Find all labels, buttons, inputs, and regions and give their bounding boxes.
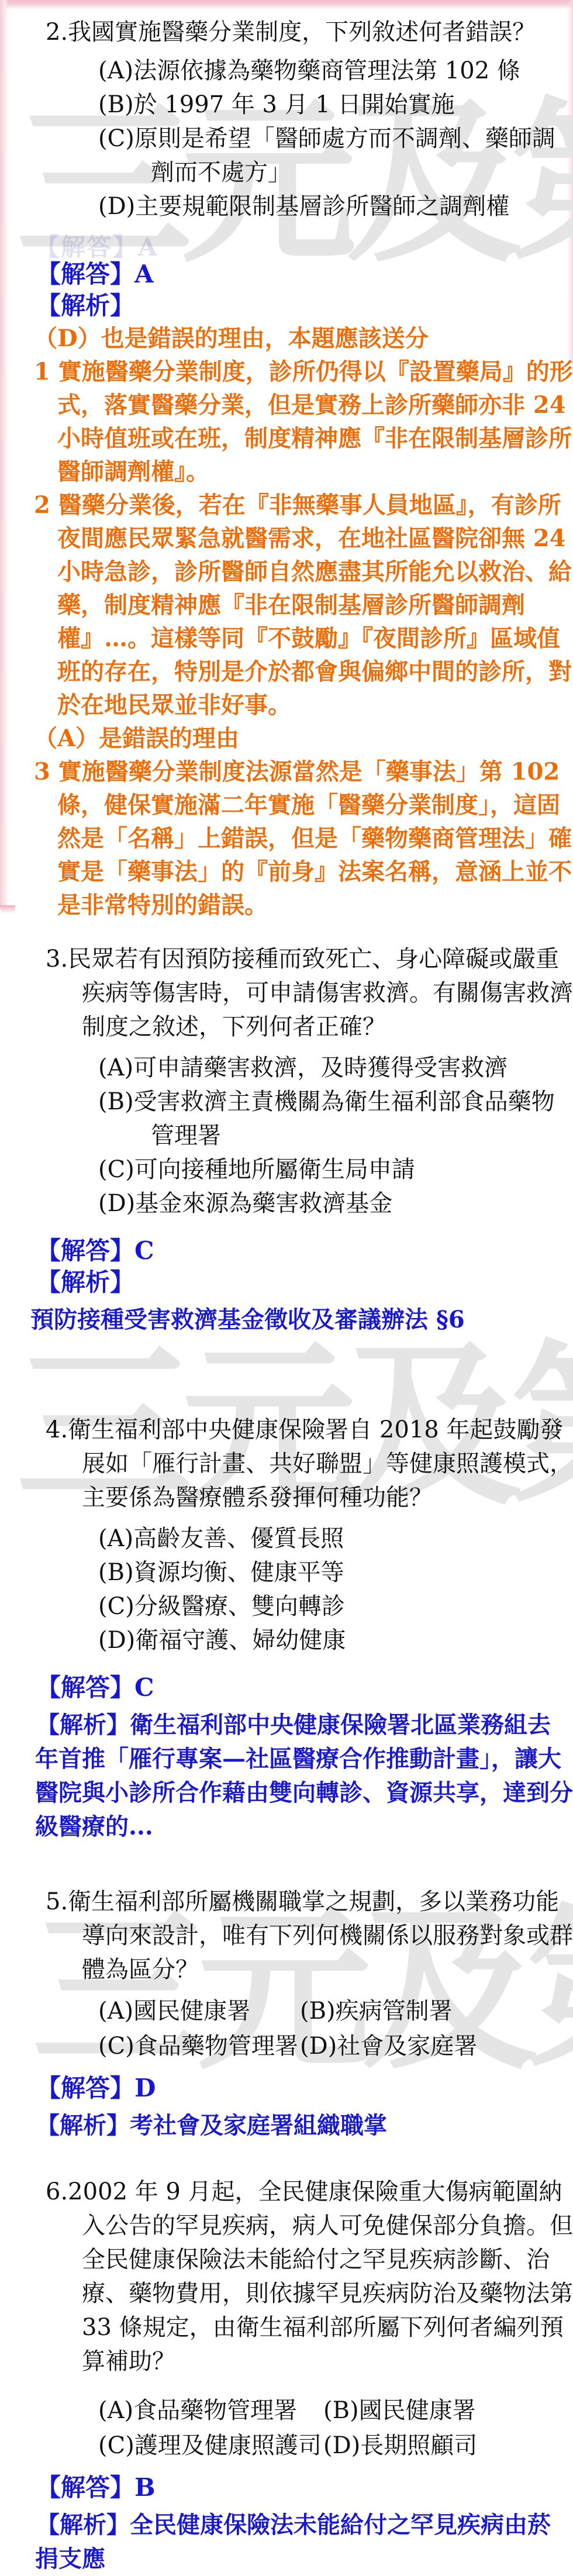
option-d: (D)長期照顧司 (323, 2428, 573, 2463)
option-d: (D)基金來源為藥害救濟基金 (0, 1187, 573, 1220)
option-b: (B)於 1997 年 3 月 1 日開始實施 (0, 88, 573, 122)
analysis-text: 【解析】全民健康保險法未能給付之罕見疾病由菸捐支應 (0, 2508, 573, 2576)
option-a: (A)可申請藥害救濟，及時獲得受害救濟 (0, 1051, 573, 1085)
answer-line: 【解答】D (0, 2072, 573, 2104)
answer-label: 【解答】 (36, 1236, 134, 1265)
option-c: (C)分級醫療、雙向轉診 (0, 1589, 573, 1623)
question-block-2: 2.我國實施醫藥分業制度，下列敘述何者錯誤？ (A)法源依據為藥物藥商管理法第 … (0, 15, 573, 922)
analysis-label: 【解析】 (36, 2112, 130, 2139)
answer-label: 【解答】 (36, 2074, 134, 2102)
option-d: (D)主要規範限制基層診所醫師之調劑權 (0, 189, 573, 223)
analysis-paragraph: 1 實施醫藥分業制度，診所仍得以『設置藥局』的形式，落實醫藥分業，但是實務上診所… (0, 355, 573, 488)
analysis-paragraph: （A）是錯誤的理由 (0, 722, 573, 755)
answer-line: 【解答】C (0, 1235, 573, 1267)
options-grid: (A)食品藥物管理署 (B)國民健康署 (C)護理及健康照護司 (D)長期照顧司 (98, 2393, 573, 2463)
analysis-paragraph: 2 醫藥分業後，若在『非無藥事人員地區』，有診所夜間應民眾緊急就醫需求，在地社區… (0, 488, 573, 722)
analysis-label: 【解析】 (36, 1268, 134, 1296)
question-stem: 3.民眾若有因預防接種而致死亡、身心障礙或嚴重疾病等傷害時，可申請傷害救濟。有關… (0, 942, 573, 1044)
question-block-4: 4.衛生福利部中央健康保險署自 2018 年起鼓勵發展如「雁行計畫、共好聯盟」等… (0, 1413, 573, 1844)
answer-label: 【解答】 (36, 260, 134, 288)
option-a: (A)國民健康署 (98, 1994, 300, 2029)
analysis-content: 考社會及家庭署組織職掌 (130, 2112, 387, 2139)
answer-value: D (134, 2074, 156, 2102)
option-a: (A)高齡友善、優質長照 (0, 1522, 573, 1556)
option-a: (A)食品藥物管理署 (98, 2393, 323, 2428)
answer-value: A (134, 260, 154, 288)
answer-line: 【解答】C (0, 1672, 573, 1703)
question-stem: 5.衛生福利部所屬機關職掌之規劃，多以業務功能導向來設計，唯有下列何機關係以服務… (0, 1885, 573, 1987)
analysis-label-line: 【解析】 (0, 1267, 573, 1298)
analysis-text: 【解析】考社會及家庭署組織職掌 (0, 2109, 573, 2143)
analysis-paragraph: （D）也是錯誤的理由，本題應該送分 (0, 322, 573, 355)
option-b: (B)資源均衡、健康平等 (0, 1556, 573, 1589)
option-a: (A)法源依據為藥物藥商管理法第 102 條 (0, 54, 573, 88)
option-b: (B)國民健康署 (323, 2393, 573, 2428)
analysis-paragraph: 3 實施醫藥分業制度法源當然是「藥事法」第 102 條，健保實施滿二年實施「醫藥… (0, 755, 573, 922)
question-block-5: 5.衛生福利部所屬機關職掌之規劃，多以業務功能導向來設計，唯有下列何機關係以服務… (0, 1885, 573, 2143)
option-c: (C)食品藥物管理署 (98, 2029, 300, 2064)
analysis-text: 預防接種受害救濟基金徵收及審議辦法 §6 (0, 1303, 573, 1337)
answer-label: 【解答】 (36, 1673, 134, 1702)
question-stem: 2.我國實施醫藥分業制度，下列敘述何者錯誤？ (0, 15, 573, 49)
option-c: (C)可向接種地所屬衛生局申請 (0, 1153, 573, 1187)
answer-value: C (134, 1673, 154, 1702)
option-c: (C)護理及健康照護司 (98, 2428, 323, 2463)
question-stem: 4.衛生福利部中央健康保險署自 2018 年起鼓勵發展如「雁行計畫、共好聯盟」等… (0, 1413, 573, 1515)
option-b: (B)受害救濟主責機關為衛生福利部食品藥物管理署 (0, 1085, 573, 1153)
question-block-6: 6.2002 年 9 月起，全民健康保險重大傷病範圍納入公告的罕見疾病，病人可免… (0, 2175, 573, 2576)
analysis-label: 【解析】 (36, 1711, 130, 1739)
question-stem: 6.2002 年 9 月起，全民健康保險重大傷病範圍納入公告的罕見疾病，病人可免… (0, 2175, 573, 2378)
option-b: (B)疾病管制署 (300, 1994, 573, 2029)
analysis-label-line: 【解析】 (0, 290, 573, 322)
answer-value: B (134, 2473, 156, 2502)
answer-line: 【解答】B (0, 2472, 573, 2503)
answer-label: 【解答】 (36, 2473, 134, 2502)
analysis-text: 【解析】衛生福利部中央健康保險署北區業務組去年首推「雁行專案—社區醫療合作推動計… (0, 1708, 573, 1844)
answer-line: 【解答】A (0, 258, 573, 290)
exam-answer-sheet-page: 三元及第 三元及第 三元及第 【解答】A 2.我國實施醫藥分業制度，下列敘述何者… (0, 0, 573, 2576)
analysis-label: 【解析】 (36, 2511, 130, 2539)
answer-value: C (134, 1236, 154, 1265)
option-d: (D)社會及家庭署 (300, 2029, 573, 2064)
options-grid: (A)國民健康署 (B)疾病管制署 (C)食品藥物管理署 (D)社會及家庭署 (98, 1994, 573, 2064)
analysis-label: 【解析】 (36, 291, 134, 320)
option-d: (D)衛福守護、婦幼健康 (0, 1623, 573, 1657)
option-c: (C)原則是希望「醫師處方而不調劑、藥師調劑而不處方」 (0, 122, 573, 189)
question-block-3: 3.民眾若有因預防接種而致死亡、身心障礙或嚴重疾病等傷害時，可申請傷害救濟。有關… (0, 942, 573, 1337)
